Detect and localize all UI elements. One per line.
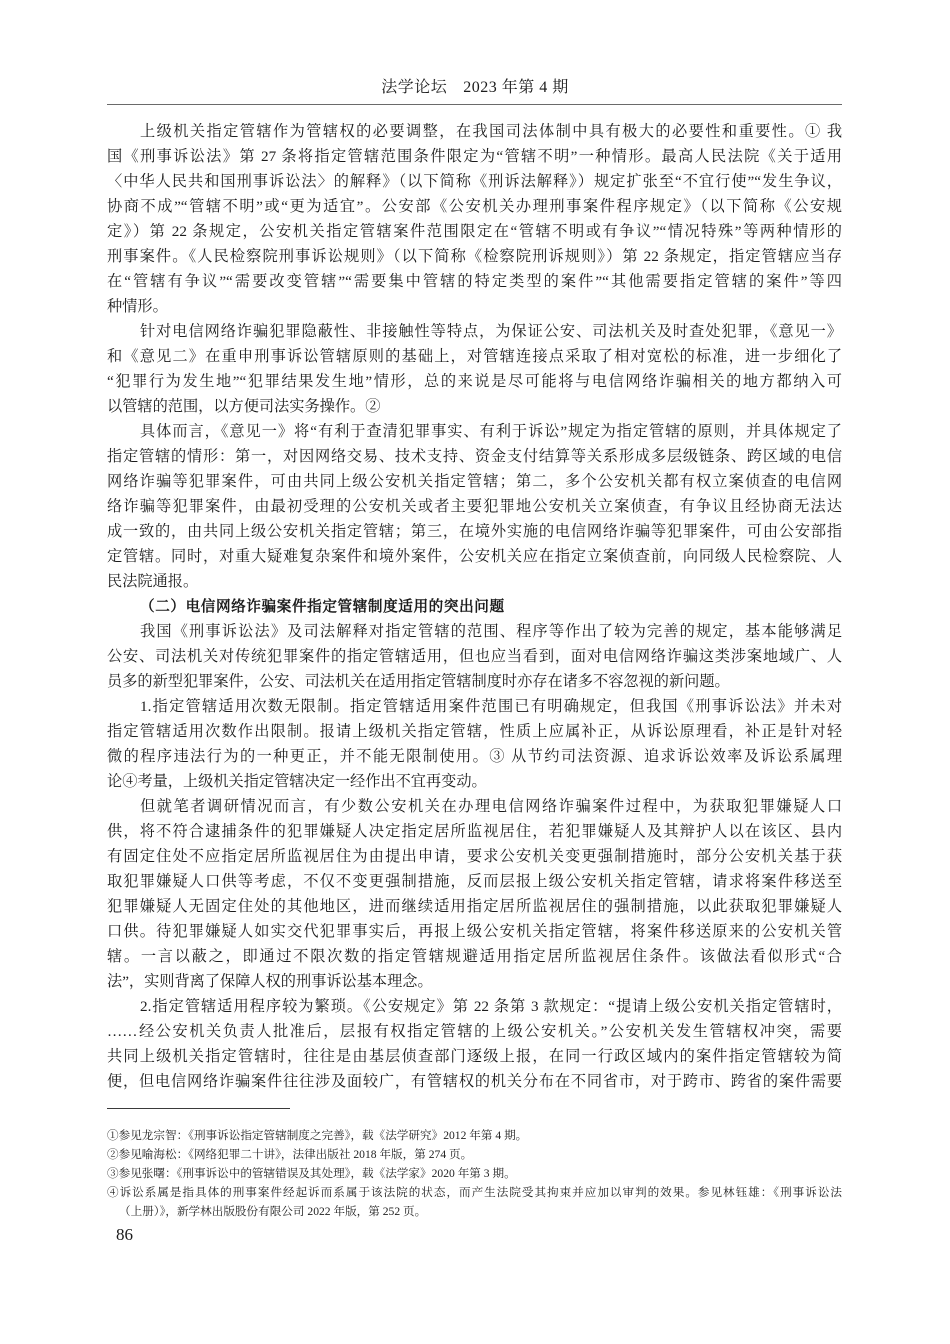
paragraph: 但就笔者调研情况而言，有少数公安机关在办理电信网络诈骗案件过程中，为获取犯罪嫌疑… [107,794,842,994]
text-line: 定管辖。同时，对重大疑难复杂案件和境外案件，公安机关应在指定立案侦查前，向同级人… [107,544,842,569]
issue-label: 2023 年第 4 期 [463,79,569,96]
text-line: 便，但电信网络诈骗案件往往涉及面较广，有管辖权的机关分布在不同省市，对于跨市、跨… [107,1069,842,1094]
footnote-2: ②参见喻海松：《网络犯罪二十讲》，法律出版社 2018 年版，第 274 页。 [107,1145,842,1164]
text-line: 协商不成”“管辖不明”或“更为适宜”。公安部《公安机关办理刑事案件程序规定》（以… [107,194,842,219]
text-line: 定》）第 22 条规定，公安机关指定管辖案件范围限定在“管辖不明或有争议”“情况… [107,219,842,244]
text-line: 指定管辖的情形：第一，对因网络交易、技术支持、资金支付结算等关系形成多层级链条、… [107,444,842,469]
paragraph: 2.指定管辖适用程序较为繁琐。《公安规定》第 22 条第 3 款规定：“提请上级… [107,994,842,1094]
footnote-separator [107,1108,290,1109]
text-line: 和《意见二》在重申刑事诉讼管辖原则的基础上，对管辖连接点采取了相对宽松的标准，进… [107,344,842,369]
text-line: 民法院通报。 [107,569,842,594]
article-body: 上级机关指定管辖作为管辖权的必要调整，在我国司法体制中具有极大的必要性和重要性。… [107,119,842,1094]
page-number: 86 [116,1224,133,1246]
paragraph: 上级机关指定管辖作为管辖权的必要调整，在我国司法体制中具有极大的必要性和重要性。… [107,119,842,319]
paragraph: 我国《刑事诉讼法》及司法解释对指定管辖的范围、程序等作出了较为完善的规定，基本能… [107,619,842,694]
text-line: 针对电信网络诈骗犯罪隐蔽性、非接触性等特点，为保证公安、司法机关及时查处犯罪，《… [107,319,842,344]
text-line: 刑事案件。《人民检察院刑事诉讼规则》（以下简称《检察院刑诉规则》）第 22 条规… [107,244,842,269]
text-line: 国《刑事诉讼法》第 27 条将指定管辖范围条件限定为“管辖不明”一种情形。最高人… [107,144,842,169]
text-line: 指定管辖适用次数作出限制。报请上级机关指定管辖，性质上应属补正，从诉讼原理看，补… [107,719,842,744]
text-line: 成一致的，由共同上级公安机关指定管辖；第三，在境外实施的电信网络诈骗等犯罪案件，… [107,519,842,544]
section-heading: （二）电信网络诈骗案件指定管辖制度适用的突出问题 [107,594,842,619]
text-line: 员多的新型犯罪案件，公安、司法机关在适用指定管辖制度时亦存在诸多不容忽视的新问题… [107,669,842,694]
paragraph: 针对电信网络诈骗犯罪隐蔽性、非接触性等特点，为保证公安、司法机关及时查处犯罪，《… [107,319,842,419]
footnotes: ①参见龙宗智：《刑事诉讼指定管辖制度之完善》，载《法学研究》2012 年第 4 … [107,1126,842,1221]
text-line: 〈中华人民共和国刑事诉讼法〉的解释》（以下简称《刑诉法解释》）规定扩张至“不宜行… [107,169,842,194]
text-line: 在“管辖有争议”“需要改变管辖”“需要集中管辖的特定类型的案件”“其他需要指定管… [107,269,842,294]
text-line: 口供。待犯罪嫌疑人如实交代犯罪事实后，再报上级公安机关指定管辖，将案件移送原来的… [107,919,842,944]
text-line: 辖。一言以蔽之，即通过不限次数的指定管辖规避适用指定居所监视居住条件。该做法看似… [107,944,842,969]
text-line: 种情形。 [107,294,842,319]
text-line: 犯罪嫌疑人无固定住处的其他地区，进而继续适用指定居所监视居住的强制措施，以此获取… [107,894,842,919]
text-line: 上级机关指定管辖作为管辖权的必要调整，在我国司法体制中具有极大的必要性和重要性。… [107,119,842,144]
footnote-4-continued: （上册）》，新学林出版股份有限公司 2022 年版，第 252 页。 [107,1202,842,1221]
running-head: 法学论坛2023 年第 4 期 [0,77,950,99]
text-line: 具体而言，《意见一》将“有利于查清犯罪事实、有利于诉讼”规定为指定管辖的原则，并… [107,419,842,444]
text-line: 公安、司法机关对传统犯罪案件的指定管辖适用，但也应当看到，面对电信网络诈骗这类涉… [107,644,842,669]
text-line: 我国《刑事诉讼法》及司法解释对指定管辖的范围、程序等作出了较为完善的规定，基本能… [107,619,842,644]
footnote-4: ④诉讼系属是指具体的刑事案件经起诉而系属于该法院的状态，而产生法院受其拘束并应加… [107,1183,842,1202]
text-line: 2.指定管辖适用程序较为繁琐。《公安规定》第 22 条第 3 款规定：“提请上级… [107,994,842,1019]
text-line: 论④考量，上级机关指定管辖决定一经作出不宜再变动。 [107,769,842,794]
text-line: ……经公安机关负责人批准后，层报有权指定管辖的上级公安机关。”公安机关发生管辖权… [107,1019,842,1044]
text-line: “犯罪行为发生地”“犯罪结果发生地”情形，总的来说是尽可能将与电信网络诈骗相关的… [107,369,842,394]
text-line: 以管辖的范围，以方便司法实务操作。② [107,394,842,419]
text-line: 1.指定管辖适用次数无限制。指定管辖适用案件范围已有明确规定，但我国《刑事诉讼法… [107,694,842,719]
text-line: 络诈骗等犯罪案件，由最初受理的公安机关或者主要犯罪地公安机关立案侦查，有争议且经… [107,494,842,519]
text-line: 但就笔者调研情况而言，有少数公安机关在办理电信网络诈骗案件过程中，为获取犯罪嫌疑… [107,794,842,819]
journal-name: 法学论坛 [381,79,447,96]
footnote-1: ①参见龙宗智：《刑事诉讼指定管辖制度之完善》，载《法学研究》2012 年第 4 … [107,1126,842,1145]
text-line: 供，将不符合逮捕条件的犯罪嫌疑人决定指定居所监视居住，若犯罪嫌疑人及其辩护人以在… [107,819,842,844]
paragraph: 具体而言，《意见一》将“有利于查清犯罪事实、有利于诉讼”规定为指定管辖的原则，并… [107,419,842,594]
text-line: 微的程序违法行为的一种更正，并不能无限制使用。③ 从节约司法资源、追求诉讼效率及… [107,744,842,769]
footnote-3: ③参见张曙：《刑事诉讼中的管辖错误及其处理》，载《法学家》2020 年第 3 期… [107,1164,842,1183]
header-rule [107,104,842,105]
text-line: 取犯罪嫌疑人口供等考虑，不仅不变更强制措施，反而层报上级公安机关指定管辖，请求将… [107,869,842,894]
text-line: 共同上级机关指定管辖时，往往是由基层侦查部门逐级上报，在同一行政区域内的案件指定… [107,1044,842,1069]
text-line: 网络诈骗等犯罪案件，可由共同上级公安机关指定管辖；第二，多个公安机关都有权立案侦… [107,469,842,494]
text-line: 法”，实则背离了保障人权的刑事诉讼基本理念。 [107,969,842,994]
paragraph: 1.指定管辖适用次数无限制。指定管辖适用案件范围已有明确规定，但我国《刑事诉讼法… [107,694,842,794]
text-line: 有固定住处不应指定居所监视居住为由提出申请，要求公安机关变更强制措施时，部分公安… [107,844,842,869]
